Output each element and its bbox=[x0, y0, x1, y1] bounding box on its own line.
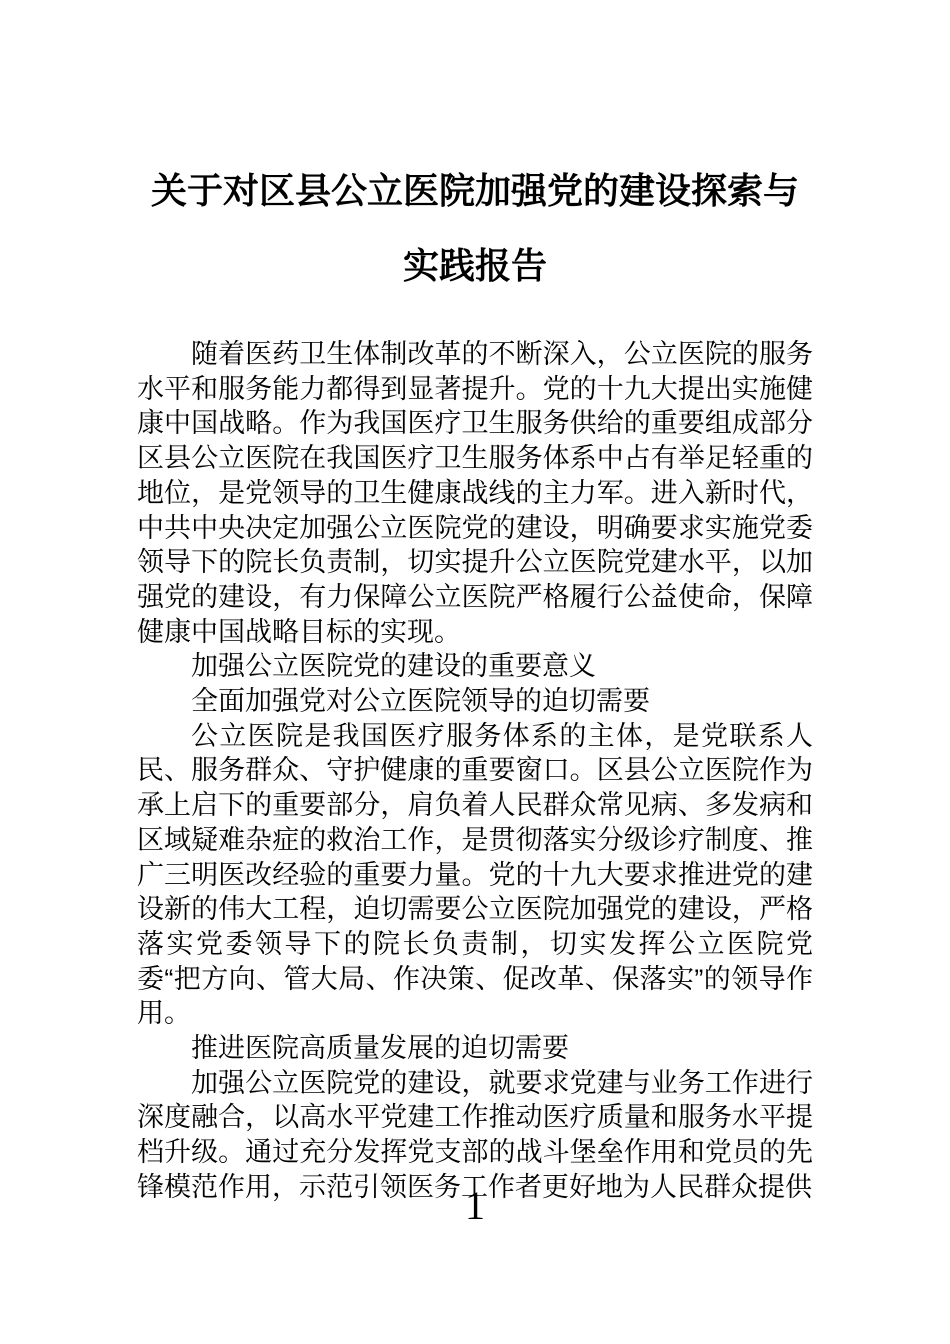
page-footer: 1 bbox=[0, 1186, 950, 1226]
section-heading: 加强公立医院党的建设的重要意义 bbox=[137, 649, 813, 684]
body-paragraph: 公立医院是我国医疗服务体系的主体，是党联系人民、服务群众、守护健康的重要窗口。区… bbox=[137, 719, 813, 1031]
section-heading: 全面加强党对公立医院领导的迫切需要 bbox=[137, 684, 813, 719]
document-title: 关于对区县公立医院加强党的建设探索与实践报告 bbox=[145, 153, 805, 303]
document-page: 关于对区县公立医院加强党的建设探索与实践报告 随着医药卫生体制改革的不断深入，公… bbox=[0, 0, 950, 1344]
document-body: 随着医药卫生体制改革的不断深入，公立医院的服务水平和服务能力都得到显著提升。党的… bbox=[137, 337, 813, 1205]
page-number: 1 bbox=[465, 1183, 485, 1228]
body-paragraph: 随着医药卫生体制改革的不断深入，公立医院的服务水平和服务能力都得到显著提升。党的… bbox=[137, 337, 813, 649]
section-heading: 推进医院高质量发展的迫切需要 bbox=[137, 1031, 813, 1066]
